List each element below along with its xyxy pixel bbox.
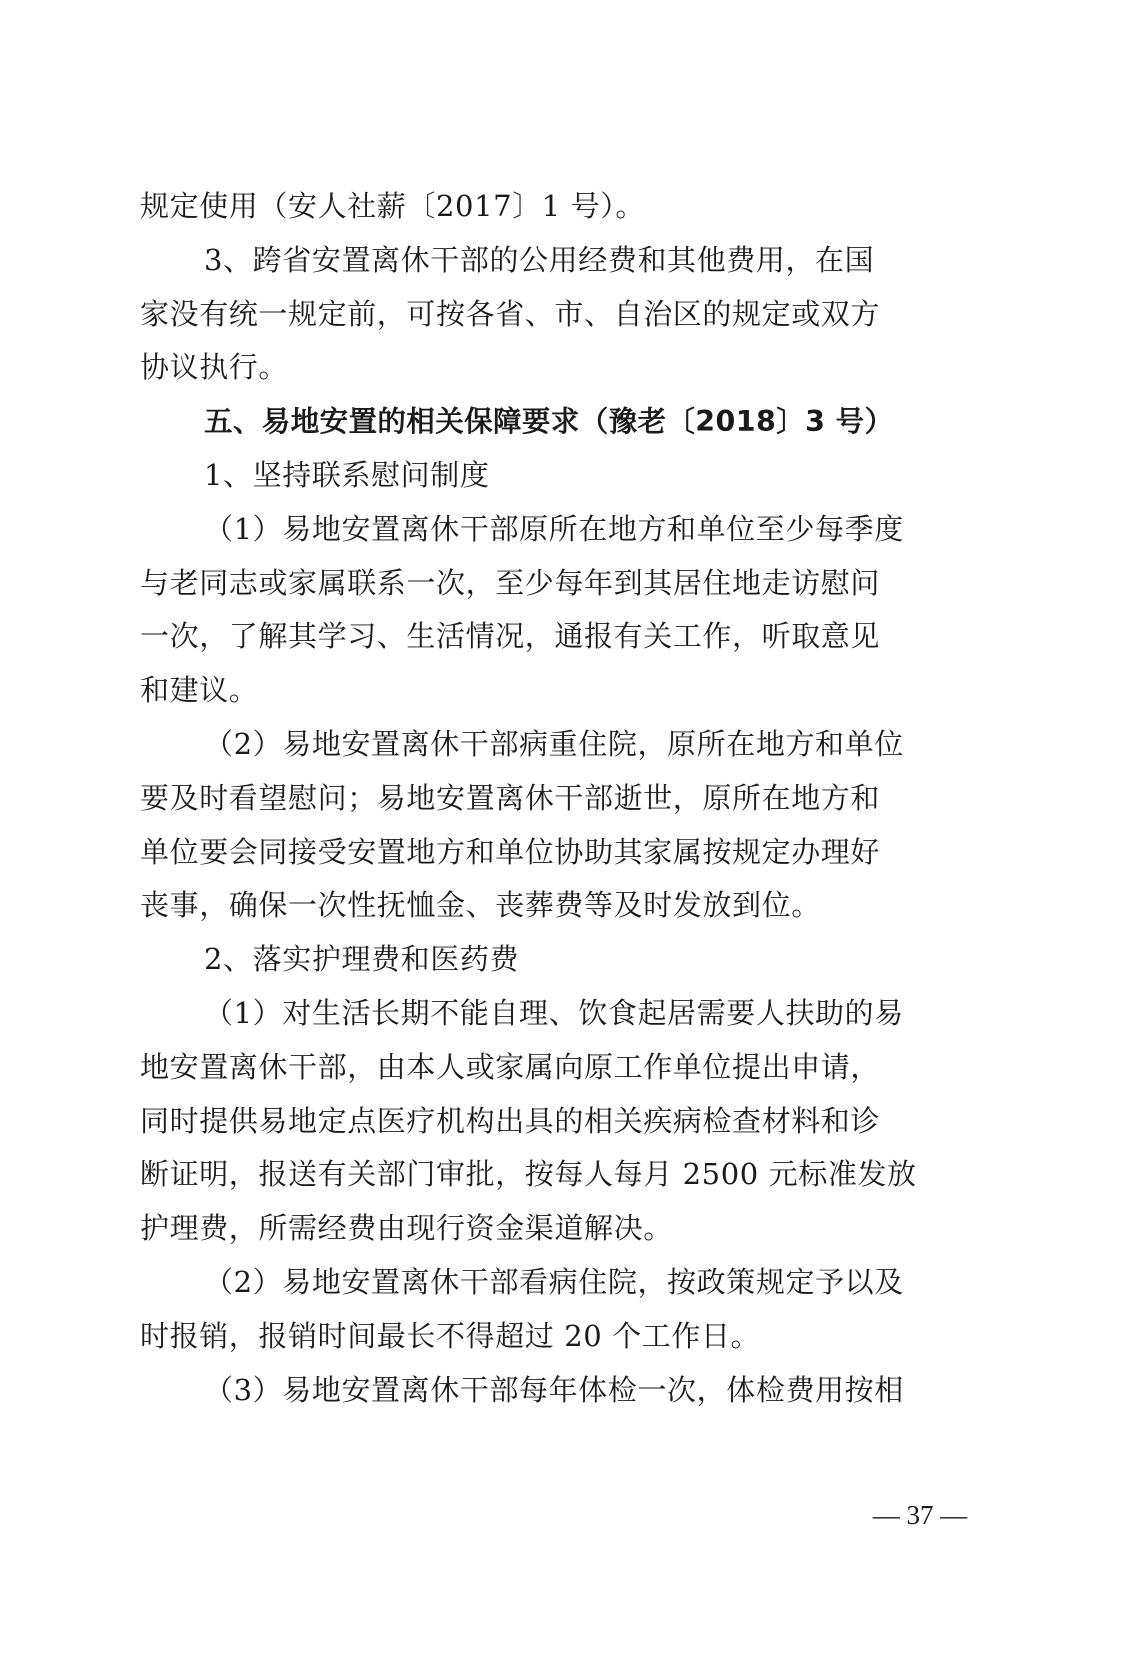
text-line: 协议执行。 [140,341,946,395]
text-line: 地安置离休干部，由本人或家属向原工作单位提出申请， [140,1041,946,1095]
text-line: 时报销，报销时间最长不得超过 20 个工作日。 [140,1310,946,1364]
document-page: 规定使用（安人社薪〔2017〕1 号）。 3、跨省安置离休干部的公用经费和其他费… [0,0,1142,1654]
text-line: 和建议。 [140,664,946,718]
text-line: 家没有统一规定前，可按各省、市、自治区的规定或双方 [140,288,946,342]
body-text: 规定使用（安人社薪〔2017〕1 号）。 3、跨省安置离休干部的公用经费和其他费… [140,180,946,1417]
text-line: 同时提供易地定点医疗机构出具的相关疾病检查材料和诊 [140,1095,946,1149]
text-line: （2）易地安置离休干部看病住院，按政策规定予以及 [140,1256,946,1310]
text-line: （1）对生活长期不能自理、饮食起居需要人扶助的易 [140,987,946,1041]
text-line: 要及时看望慰问；易地安置离休干部逝世，原所在地方和 [140,772,946,826]
text-line: 断证明，报送有关部门审批，按每人每月 2500 元标准发放 [140,1148,946,1202]
text-line: 一次，了解其学习、生活情况，通报有关工作，听取意见 [140,610,946,664]
text-line: （1）易地安置离休干部原所在地方和单位至少每季度 [140,503,946,557]
text-line: （2）易地安置离休干部病重住院，原所在地方和单位 [140,718,946,772]
text-line: 丧事，确保一次性抚恤金、丧葬费等及时发放到位。 [140,879,946,933]
text-line: 3、跨省安置离休干部的公用经费和其他费用，在国 [140,234,946,288]
text-line: 与老同志或家属联系一次，至少每年到其居住地走访慰问 [140,557,946,611]
text-line: 规定使用（安人社薪〔2017〕1 号）。 [140,180,946,234]
subsection-heading: 1、坚持联系慰问制度 [140,449,946,503]
text-line: 单位要会同接受安置地方和单位协助其家属按规定办理好 [140,826,946,880]
text-line: （3）易地安置离休干部每年体检一次，体检费用按相 [140,1364,946,1418]
page-number: — 37 — [862,1497,978,1533]
text-line: 护理费，所需经费由现行资金渠道解决。 [140,1202,946,1256]
subsection-heading: 2、落实护理费和医药费 [140,933,946,987]
section-heading: 五、易地安置的相关保障要求（豫老〔2018〕3 号） [140,395,946,449]
